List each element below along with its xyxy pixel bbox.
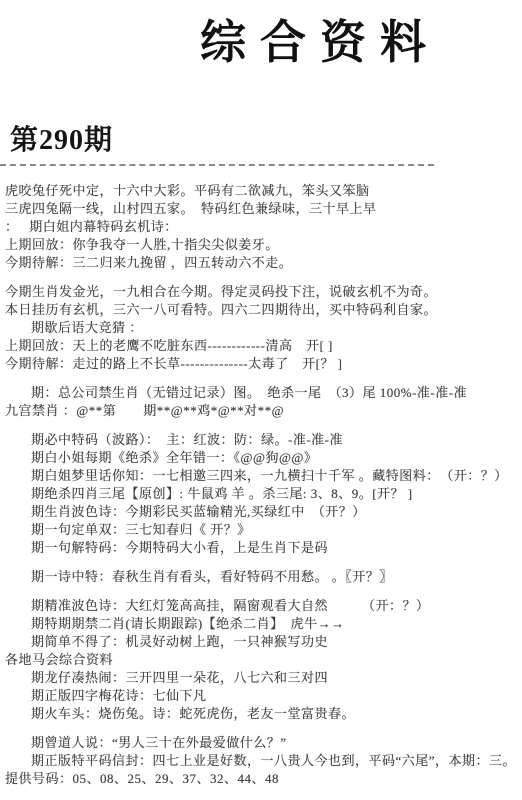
text-line: 上期回放：天上的老鹰不吃脏东西------------清高 开[ ] [0,337,522,355]
text-line: 期生肖波色诗：今期彩民买蓝输精光,买绿红中 （开？） [0,503,522,521]
text-line: 期精准波色诗：大红灯笼高高挂，隔窗观看大自然 （开：？） [0,597,522,615]
page-title: 综合资料 [0,6,522,72]
text-line: 期一诗中特：春秋生肖有看头，看好特码不用愁。 。〖开？〗 [0,568,522,586]
text-line: 期一句定单双：三七知春归《 开？》 [0,521,522,539]
text-line: 虎咬兔仔死中定，十六中大彩。平码有二欲减九，笨头又笨脑 [0,182,522,200]
issue-number: 第290期 [10,118,522,158]
text-line: 今期待解：三二归来九挽留 ，四五转动六不走。 [0,254,522,272]
text-line: 期龙仔凑热闹：三开四里一朵花，八七六和三对四 [0,669,522,687]
text-line: 期特期期禁二肖(请长期跟踪)【绝杀二肖】 虎牛→→ [0,615,522,633]
blank-line [0,373,522,384]
text-line: 期白小姐每期《绝杀》全年错一：《@@狗@@》 [0,449,522,467]
text-line: 期一句解特码：今期特码大小看，上是生肖下是码 [0,539,522,557]
text-line: 期正版四字梅花诗：七仙下凡 [0,687,522,705]
text-line: 上期回放：你争我夺一人胜,十指尖尖似姜牙。 [0,236,522,254]
text-line: 期简单不得了：机灵好动树上跑，一只神猴写功史 [0,633,522,651]
blank-line [0,557,522,568]
text-line: 提供号码：05、08、25、29、37、32、44、48 [0,770,522,788]
text-line: 今期待解：走过的路上不长草--------------太毒了 开[？ ] [0,355,522,373]
text-line: 期歇后语大竞猜 ： [0,319,522,337]
text-line: 九宫禁肖 ：@**第 期**@**鸡*@**对**@ [0,402,522,420]
blank-line [0,586,522,597]
text-line: 期正版特平码信封：四七上业是好数，一八贵人今也到，平码“六尾”，本期：三。 [0,752,522,770]
text-line: 期白姐梦里话你知：一七相邀三四来，一九横扫十千军 。藏特图料： （开：？） [0,467,522,485]
text-line: 各地马会综合资料 [0,651,522,669]
text-line: 今期生肖发金光，一九相合在今期。得定灵码投下注，说破玄机不为奇。 [0,283,522,301]
blank-line [0,272,522,283]
text-line: 期曾道人说：“男人三十在外最爱做什么？” [0,734,522,752]
text-line: 期必中特码（波路）： 主：红波：防：绿。-准-准-准 [0,431,522,449]
blank-line [0,723,522,734]
blank-line [0,420,522,431]
text-line: 期绝杀四肖三尾【原创】: 牛鼠鸡 羊 。杀三尾: 3、8、9。[开？ ] [0,485,522,503]
text-line: ： 期白姐内幕特码玄机诗： [0,218,522,236]
document-body: 虎咬兔仔死中定，十六中大彩。平码有二欲减九，笨头又笨脑 三虎四兔隔一线，山村四五… [0,182,522,788]
text-line: 本日挂历有玄机，三六一八可看特。四六二四期待出，买中特码利自家。 [0,301,522,319]
text-line: 期：总公司禁生肖（无错过记录）图。 绝杀一尾 （3）尾 100%-准-准-准 [0,384,522,402]
text-line: 三虎四兔隔一线，山村四五家。 特码红色兼绿味，三十早上早 [0,200,522,218]
text-line: 期火车头：烧伤兔。诗：蛇死虎伤，老友一堂富贵春。 [0,705,522,723]
dashed-divider [0,164,434,166]
document-page: 综合资料 第290期 虎咬兔仔死中定，十六中大彩。平码有二欲减九，笨头又笨脑 三… [0,6,522,800]
